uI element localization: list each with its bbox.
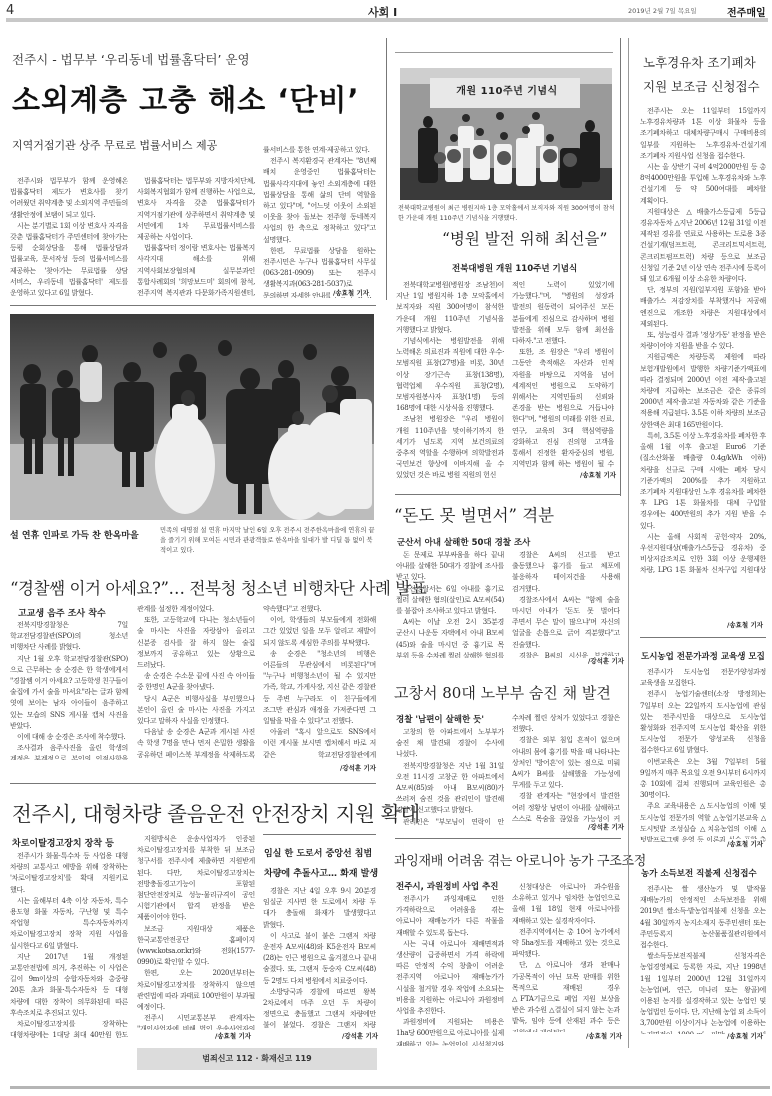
gochang-subhead: 경찰 '남편이 살해한 듯' <box>396 713 484 725</box>
aronia-col-1: 전주시가 과잉재배로 인한 가격하락으로 어려움을 겪는 아로니아 재배농가가 … <box>396 894 504 1046</box>
legal-col-1: 전주시와 법무부가 함께 운영해온 법률홈닥터 제도가 변호사를 찾기 어려웠던… <box>10 176 128 298</box>
gunsan-col-2: 경찰은 A씨의 신고를 받고 출동했으나 흉기를 들고 체포에 불응하자 테이저… <box>512 550 620 658</box>
hospital-col-1: 전북대학교병원(병원장 조남천)이 지난 1일 병원지하 1층 모악홀에서 보직… <box>396 280 504 480</box>
box-border <box>620 38 621 496</box>
truck-subhead: 차로이탈경고장치 장착 등 <box>12 836 114 849</box>
truck-headline: 전주시, 대형차량 졸음운전 안전장치 지원 확대 <box>12 797 420 827</box>
truck-col-2: 지원방식은 운송사업자가 인증된 차로이탈경고장치를 부착한 뒤 보조금 청구서… <box>137 834 255 1030</box>
gunsan-headline: “돈도 못 벌면서” 격분 <box>394 502 554 526</box>
page-number: 4 <box>6 3 14 18</box>
legal-headline: 소외계층 고충 해소 ‘단비’ <box>12 78 359 119</box>
hospital-subhead: 전북대병원 개원 110주년 기념식 <box>452 262 577 274</box>
aronia-byline: /송효철 기자 <box>586 1031 622 1040</box>
legal-subhead: 지역거점기관 상주 무료로 법률서비스 제공 <box>12 137 217 153</box>
urban-farm-body: 전주시가 도시농업 전문가양성과정 교육생을 모집한다. 전주시 농업기술센터(… <box>640 667 766 842</box>
hospital-photo-caption: 전북대학교병원이 최근 병원지하 1층 모악홀에서 보직자와 직원 300여명이… <box>398 204 616 223</box>
issue-date: 2019년 2월 7일 목요일 <box>628 6 697 15</box>
divider <box>395 494 621 495</box>
urban-farm-headline: 도시농업 전문가과정 교육생 모집 <box>641 650 765 662</box>
police-byline: /강석훈 기자 <box>340 763 376 772</box>
aronia-col-2: 신청대상은 아로니아 과수원을 소유하고 있거나 임차한 농업인으로 올해 1월… <box>512 882 620 1032</box>
police-col-2: 관계를 설정한 계정이었다. 또한, 고등학교에 다니는 청소년들이 술 마시는… <box>137 604 255 760</box>
diesel-headline-line2: 지원 보조금 신청접수 <box>643 77 760 95</box>
gochang-col-1: 고창의 한 아파트에서 노부부가 숨진 채 발견돼 경찰이 수사에 나섰다. 전… <box>396 727 504 827</box>
column-divider <box>628 38 629 1048</box>
hospital-banner-text: 개원 110주년 기념식 <box>452 82 562 97</box>
gunsan-byline: /강석훈 기자 <box>586 656 624 665</box>
gunsan-subhead: 군산서 아내 살해한 50대 경찰 조사 <box>397 536 530 548</box>
imsil-headline-line1: 임실 한 도로서 중앙선 침범 <box>264 846 372 859</box>
imsil-body: 경찰은 지난 4일 오후 9시 20분경 임실군 지사면 한 도로에서 차량 두… <box>263 886 376 1032</box>
footer-divider <box>10 1086 770 1089</box>
divider <box>395 52 613 53</box>
hospital-anniversary-photo: 개원 110주년 기념식 <box>400 68 612 200</box>
legal-byline: /송효철 기자 <box>330 288 369 297</box>
police-headline: “경찰쌤 이거 아세요?”… 전북청 청소년 비행차단 사례 발표 <box>10 575 426 599</box>
divider <box>640 637 766 638</box>
divider <box>395 838 621 839</box>
police-col-1: 전북지방경찰청은 7일 학교전담경찰관(SPO)의 청소년 비행차단 사례를 밝… <box>10 620 128 760</box>
hanok-village-photo <box>10 314 374 520</box>
gochang-byline: /강석훈 기자 <box>586 822 624 831</box>
rice-byline: /송효철 기자 <box>725 1031 763 1040</box>
truck-byline: /송효철 기자 <box>215 1031 251 1040</box>
hospital-headline: “병원 발전 위해 최선을” <box>442 227 607 249</box>
hospital-col-2: 적인 노력이 있었기에 가능했다."며, "병원의 성장과 발전의 원동력이 되… <box>512 280 614 470</box>
hanok-photo-caption: 민족의 대명절 설 연휴 마지막 날인 6일 오후 전주시 전주한옥마을에 연휴… <box>160 526 378 556</box>
diesel-byline: /송효철 기자 <box>725 620 763 629</box>
aronia-headline: 과잉재배 어려움 겪는 아로니아 농가 구조조정 <box>394 850 646 869</box>
hospital-byline: /송효철 기자 <box>580 470 616 479</box>
aronia-subhead: 전주시, 과원정비 사업 추진 <box>396 880 498 892</box>
gochang-headline: 고창서 80대 노부부 숨진 채 발견 <box>394 682 611 703</box>
rice-body: 전주시는 쌀 생산농가 및 밭작물 재배농가의 안정적인 소득보전을 위해 20… <box>640 884 766 1034</box>
police-subhead: 고교생 음주 조사 착수 <box>18 606 106 619</box>
column-divider <box>386 38 387 300</box>
legal-col-2: 법률홈닥터는 법무부와 지방자치단체, 사회복지협회가 함께 진행하는 사업으로… <box>137 176 255 298</box>
rice-headline: 농가 소득보전 직불제 신청접수 <box>641 867 757 879</box>
diesel-headline-line1: 노후경유차 조기폐차 <box>643 53 756 71</box>
header-divider <box>6 18 768 22</box>
paper-name: 전주매일 <box>727 4 766 19</box>
urban-farm-byline: /송효철 기자 <box>725 839 763 848</box>
gochang-col-2: 수차례 찔린 상처가 있었다고 경찰은 전했다. 경찰은 외부 침입 흔적이 없… <box>512 713 620 825</box>
hanok-photo-title: 설 연휴 인파로 가득 찬 한옥마을 <box>10 528 139 541</box>
divider <box>10 305 376 306</box>
police-col-3: 약속했다"고 전했다. 이어, 학생들의 부모들에게 전화해 그간 있었던 일을… <box>263 604 376 760</box>
imsil-byline: /강석훈 기자 <box>342 1031 378 1040</box>
legal-kicker: 전주시 - 법무부 ‘우리동네 법률홈닥터’ 운영 <box>12 50 250 68</box>
divider <box>10 783 376 784</box>
imsil-headline-line2: 차량에 추돌사고… 화재 발생 <box>264 866 378 879</box>
gunsan-col-1: 돈 문제로 부부싸움을 하다 끝내 아내를 살해한 50대가 경찰에 조사를 받… <box>396 550 504 658</box>
legal-col-3: 률서비스를 통한 연계·제공하고 있다. 전주시 복지환경국 관계자는 "8년째… <box>263 145 376 298</box>
emergency-notice: 범죄신고 112 · 화재신고 119 <box>137 1048 377 1070</box>
diesel-body: 전주시는 오는 11일부터 15일까지 노후경유차량과 1톤 이상 화물차 등을… <box>640 106 766 576</box>
truck-col-1: 전주시가 화물·특수차 등 사업용 대형 차량의 교통사고 예방을 위해 장착하… <box>10 851 128 1041</box>
divider <box>263 834 376 835</box>
